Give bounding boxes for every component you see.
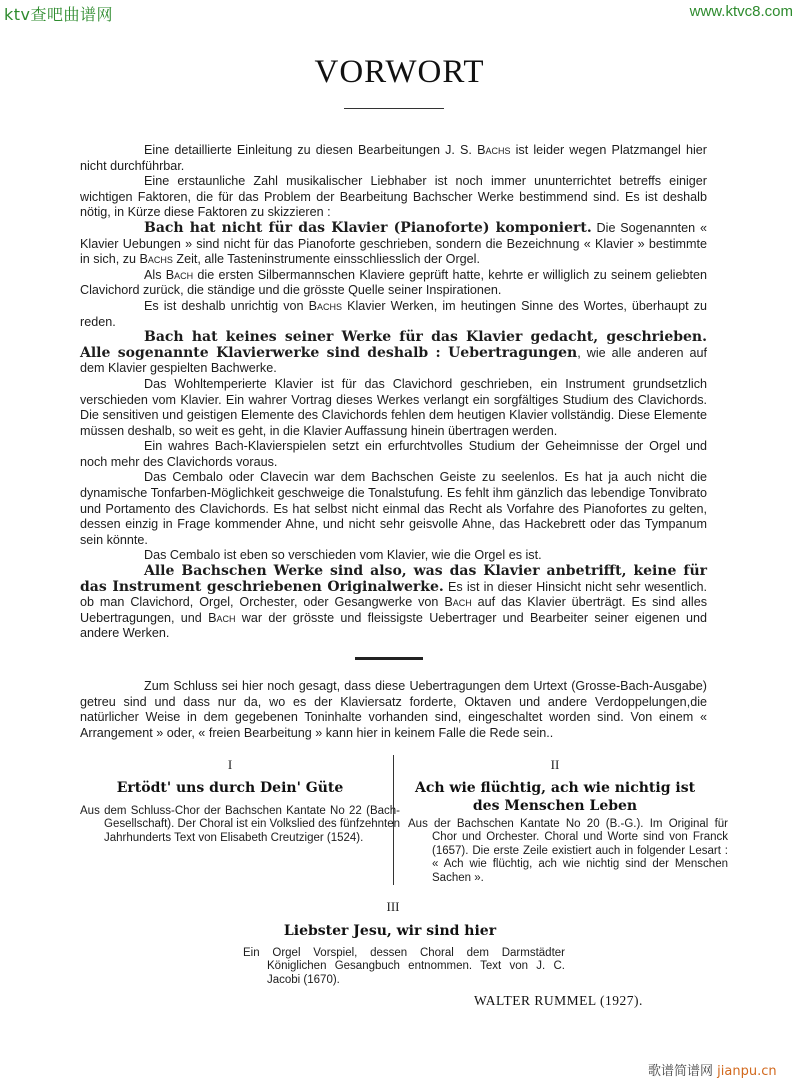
- section-title: Ach wie flüchtig, ach wie nichtig ist de…: [405, 779, 705, 815]
- closing-paragraph: Zum Schluss sei hier noch gesagt, dass d…: [80, 679, 707, 741]
- paragraph: Alle Bachschen Werke sind also, was das …: [80, 564, 707, 642]
- paragraph: Bach hat nicht für das Klavier (Pianofor…: [80, 221, 707, 268]
- watermark-top-left: ktv查吧曲谱网: [4, 2, 113, 25]
- section-numeral: III: [343, 899, 443, 915]
- section-description: Aus der Bachschen Kantate No 20 (B.-G.).…: [408, 818, 728, 885]
- section-title: Liebster Jesu, wir sind hier: [240, 922, 540, 940]
- watermark-top-right: www.ktvc8.com: [690, 3, 793, 20]
- column-divider: [393, 755, 394, 885]
- paragraph: Ein wahres Bach-Klavierspielen setzt ein…: [80, 439, 707, 470]
- paragraph: Es ist deshalb unrichtig von Bachs Klavi…: [80, 299, 707, 330]
- paragraph: Eine detaillierte Einleitung zu diesen B…: [80, 143, 707, 174]
- section-numeral: II: [505, 757, 605, 773]
- watermark-bottom-right: 歌谱简谱网 jianpu.cn: [648, 1060, 777, 1079]
- section-description: Ein Orgel Vorspiel, dessen Choral dem Da…: [243, 947, 565, 987]
- section-divider: [355, 657, 423, 660]
- page-title: VORWORT: [0, 54, 799, 91]
- preface-body: Eine detaillierte Einleitung zu diesen B…: [80, 143, 707, 642]
- paragraph: Als Bach die ersten Silbermannschen Klav…: [80, 268, 707, 299]
- section-numeral: I: [180, 757, 280, 773]
- paragraph: Das Cembalo oder Clavecin war dem Bachsc…: [80, 470, 707, 548]
- paragraph: Eine erstaunliche Zahl musikalischer Lie…: [80, 174, 707, 221]
- emphasis: Bach hat nicht für das Klavier (Pianofor…: [144, 220, 592, 236]
- section-title: Ertödt' uns durch Dein' Güte: [80, 779, 380, 797]
- paragraph: Bach hat keines seiner Werke für das Kla…: [80, 330, 707, 377]
- signature: WALTER RUMMEL (1927).: [474, 993, 643, 1009]
- paragraph: Das Wohltemperierte Klavier ist für das …: [80, 377, 707, 439]
- title-divider: [344, 108, 444, 109]
- section-description: Aus dem Schluss-Chor der Bachschen Kanta…: [80, 805, 400, 845]
- paragraph: Das Cembalo ist eben so verschieden vom …: [80, 548, 707, 564]
